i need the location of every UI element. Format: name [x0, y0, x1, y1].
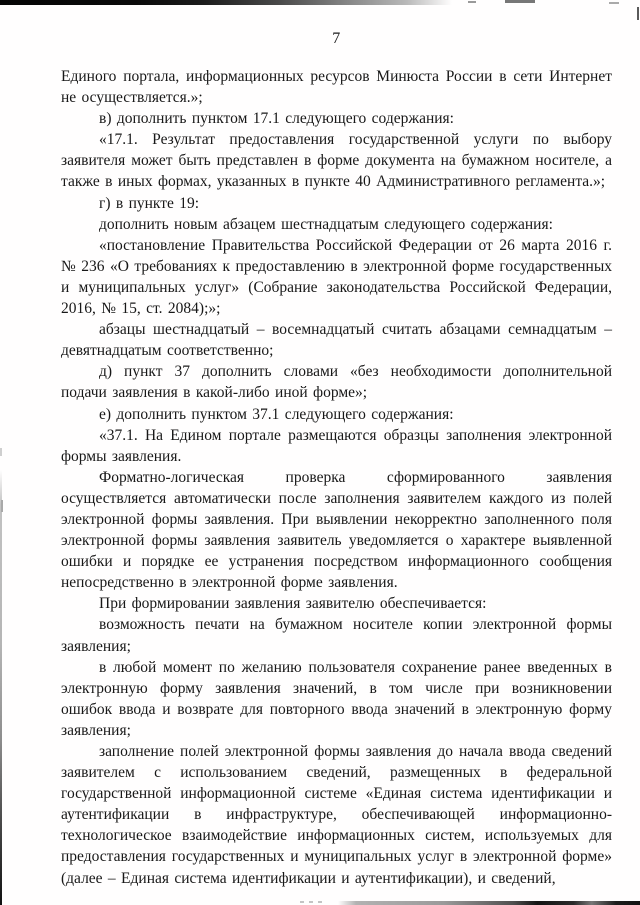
scan-speck [0, 448, 2, 456]
page-number: 7 [61, 30, 612, 48]
paragraph: Форматно-логическая проверка сформирован… [61, 467, 612, 594]
scan-speck [609, 2, 619, 4]
scan-edge-bottom [338, 901, 640, 905]
paragraph: е) дополнить пунктом 37.1 следующего сод… [61, 404, 612, 425]
paragraph: Единого портала, информационных ресурсов… [61, 66, 612, 108]
paragraph: «37.1. На Едином портале размещаются обр… [61, 425, 612, 467]
scan-speck [505, 0, 535, 3]
paragraph: д) пункт 37 дополнить словами «без необх… [61, 361, 612, 403]
paragraph: абзацы шестнадцатый – восемнадцатый счит… [61, 319, 612, 361]
scan-mark-right [637, 7, 639, 20]
paragraph: в) дополнить пунктом 17.1 следующего сод… [61, 108, 612, 129]
paragraph: г) в пункте 19: [61, 193, 612, 214]
paragraph: дополнить новым абзацем шестнадцатым сле… [61, 214, 612, 235]
paragraph: в любой момент по желанию пользователя с… [61, 657, 612, 741]
document-body: 7 Единого портала, информационных ресурс… [61, 30, 612, 889]
scan-edge-left [0, 470, 2, 905]
paragraph: «постановление Правительства Российской … [61, 235, 612, 319]
scan-edge-top [0, 0, 452, 5]
paragraph: При формировании заявления заявителю обе… [61, 593, 612, 614]
paragraph: «17.1. Результат предоставления государс… [61, 129, 612, 192]
scan-speck [468, 1, 476, 3]
paragraph: заполнение полей электронной формы заявл… [61, 741, 612, 889]
paragraph: возможность печати на бумажном носителе … [61, 614, 612, 656]
scan-speck [300, 901, 326, 903]
document-page: 7 Единого портала, информационных ресурс… [0, 0, 640, 905]
scan-speck [1, 500, 3, 512]
